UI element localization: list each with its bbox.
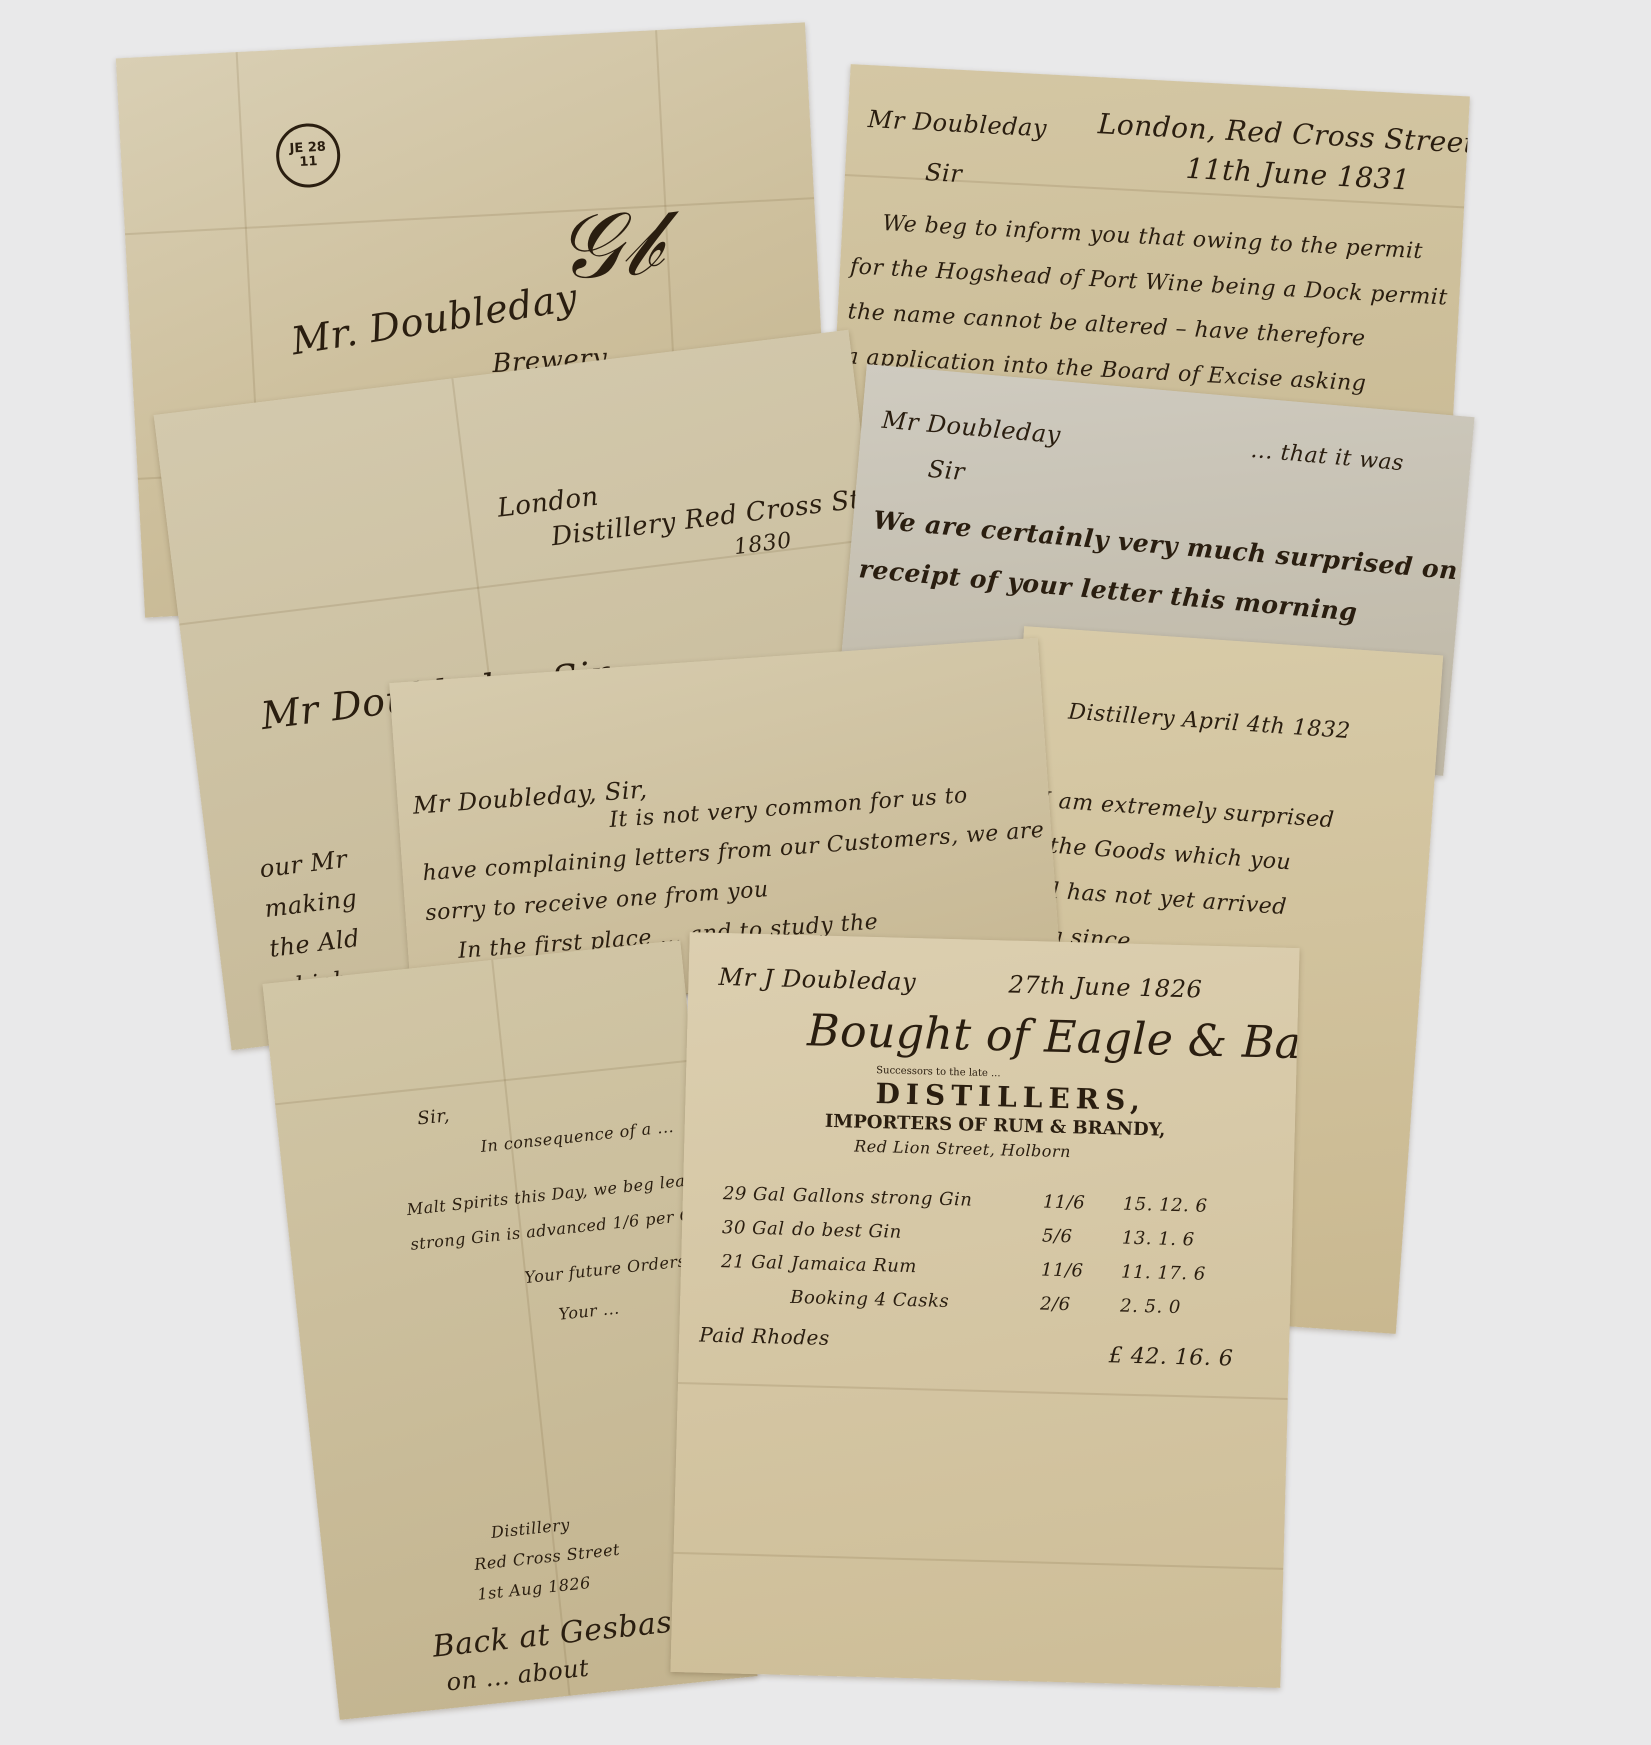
- line-item-rate: 11/6: [1043, 1191, 1086, 1213]
- letterhead-bought-of: Bought of Eagle & Back: [807, 1005, 1300, 1070]
- line-item-rate: 11/6: [1041, 1259, 1084, 1281]
- line-item-desc: do best Gin: [792, 1219, 902, 1243]
- letter-body-line: at the Goods which you: [1018, 831, 1292, 875]
- line-item-amount: 11. 17. 6: [1121, 1262, 1206, 1285]
- letter-body-line: Your ...: [558, 1298, 621, 1323]
- line-item-amount: 2. 5. 0: [1120, 1296, 1181, 1319]
- letter-salutation: Sir: [924, 158, 963, 188]
- letterhead-address: Red Lion Street, Holborn: [854, 1137, 1071, 1162]
- line-item-desc: Booking 4 Casks: [790, 1287, 949, 1312]
- letter-body-line: the Ald: [268, 924, 362, 963]
- letter-salutation: Sir: [927, 455, 966, 486]
- letter-body-line: the name cannot be altered – have theref…: [847, 299, 1366, 351]
- invoice-paid-note: Paid Rhodes: [699, 1323, 830, 1350]
- letter-heading: Distillery April 4th 1832: [1067, 699, 1351, 744]
- line-item-qty: 29 Gal: [723, 1183, 786, 1206]
- letter-footer: Red Cross Street: [473, 1540, 620, 1574]
- initials-scrawl: 𝒢𝒷: [554, 190, 663, 301]
- letter-date: 11th June 1831: [1185, 152, 1411, 197]
- letter-heading: London, Red Cross Street: [1097, 107, 1470, 160]
- letter-body-line: We beg to inform you that owing to the p…: [882, 211, 1424, 264]
- letter-body-line: I am extremely surprised: [1041, 788, 1335, 833]
- line-item-qty: 30 Gal: [722, 1217, 785, 1240]
- letter-body-line: It is not very common for us to: [609, 783, 969, 833]
- letter-salutation: Mr Doubleday: [867, 105, 1048, 142]
- letter-salutation: Sir,: [416, 1105, 450, 1129]
- line-item-rate: 2/6: [1040, 1293, 1071, 1315]
- letter-body-line: our Mr: [258, 845, 349, 884]
- invoice-date: 27th June 1826: [1008, 971, 1202, 1004]
- invoice-recipient: Mr J Doubleday: [718, 963, 916, 996]
- letter-date: 1830: [733, 528, 794, 560]
- invoice-eagle-and-back: Mr J Doubleday 27th June 1826 Bought of …: [670, 932, 1299, 1688]
- letter-body-line: sorry to receive one from you: [425, 877, 770, 926]
- invoice-total: £ 42. 16. 6: [1109, 1343, 1234, 1371]
- letter-body-line: Your future Orders: [524, 1251, 687, 1287]
- letter-body-line: making: [263, 884, 359, 923]
- letter-partial-text: ... that it was: [1250, 438, 1405, 476]
- letter-footer: Distillery: [490, 1515, 571, 1542]
- letter-salutation: Mr Doubleday: [881, 406, 1062, 450]
- line-item-desc: Gallons strong Gin: [793, 1185, 973, 1211]
- line-item-rate: 5/6: [1042, 1225, 1073, 1247]
- invoice-line-items: 29 Gal Gallons strong Gin 11/6 15. 12. 6…: [720, 1183, 1263, 1333]
- postmark-stamp: JE 28 11: [275, 122, 342, 189]
- letterhead-trade: DISTILLERS,: [875, 1077, 1146, 1117]
- line-item-desc: Jamaica Rum: [791, 1253, 917, 1277]
- letter-body-line: have complaining letters from our Custom…: [422, 818, 1045, 886]
- postmark-number: 11: [299, 155, 318, 170]
- line-item-qty: 21 Gal: [721, 1251, 784, 1274]
- letter-body-line: for the Hogshead of Port Wine being a Do…: [849, 254, 1448, 310]
- letter-footer: 1st Aug 1826: [476, 1573, 591, 1604]
- line-item-amount: 13. 1. 6: [1122, 1228, 1195, 1251]
- line-item-amount: 15. 12. 6: [1123, 1194, 1208, 1217]
